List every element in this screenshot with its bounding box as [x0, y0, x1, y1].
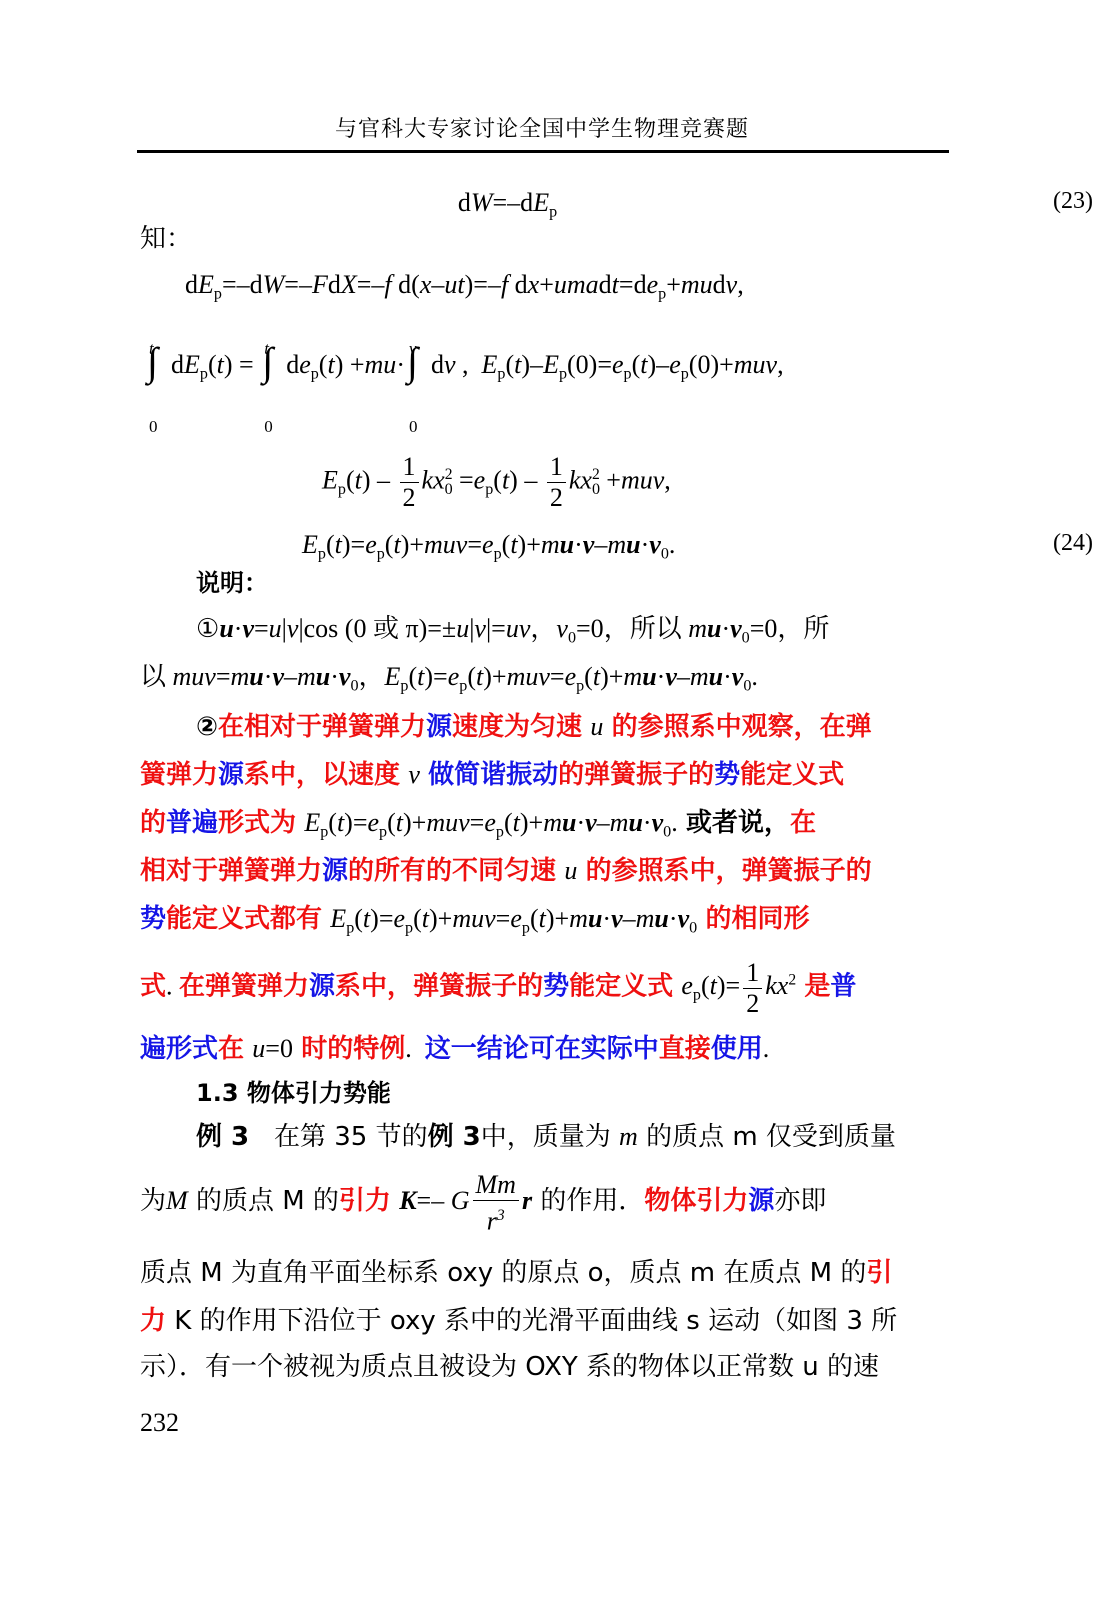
note-2-line-6: 式. 在弹簧弹力源系中，弹簧振子的势能定义式 ep(t)=12kx2 是普	[140, 948, 950, 1018]
equation-half-kx0: Ep(t) – 12kx02 =ep(t) – 12kx02 +muv,	[322, 440, 1103, 510]
note-2-line-3: 的普遍形式为 Ep(t)=ep(t)+muv=ep(t)+mu·v–mu·v0.…	[140, 806, 950, 850]
equation-number-24: (24)	[1053, 530, 1093, 557]
note-2-line-5: 势能定义式都有 Ep(t)=ep(t)+muv=ep(t)+mu·v–mu·v0…	[140, 902, 950, 946]
equation-integral: t∫0dEp(t) = t∫0dep(t) +mu·v∫0dv , Ep(t)–…	[145, 330, 955, 410]
notes-title: 说明：	[196, 566, 1006, 600]
note-2-line-7: 遍形式在 u=0 时的特例. 这一结论可在实际中直接使用.	[140, 1032, 950, 1066]
section-heading: 1.3 物体引力势能	[196, 1076, 1006, 1110]
integral-sign: t∫0	[260, 332, 286, 402]
example-3-line-5: 示）．有一个被视为质点且被设为 OXY 系的物体以正常数 u 的速	[140, 1350, 950, 1384]
note-1-line-1: ①u·v=u|v|cos (0 或 π)=±u|v|=uv，v0=0，所以 mu…	[196, 612, 1006, 656]
page-number: 232	[140, 1408, 179, 1438]
header-rule	[137, 150, 949, 153]
example-3-line-2: 为M 的质点 M 的引力 K=– GMmr3r 的作用．物体引力源亦即	[140, 1168, 950, 1248]
running-header: 与官科大专家讨论全国中学生物理竞赛题	[137, 112, 947, 143]
equation-number-23: (23)	[1053, 188, 1093, 215]
note-1-line-2: 以 muv=mu·v–mu·v0，Ep(t)=ep(t)+muv=ep(t)+m…	[140, 660, 950, 704]
note-2-line-2: 簧弹力源系中，以速度 v 做简谐振动的弹簧振子的势能定义式	[140, 758, 950, 792]
example-3-line-1: 例 3 在第 35 节的例 3中，质量为 m 的质点 m 仅受到质量	[196, 1120, 1006, 1154]
integral-sign: v∫0	[405, 332, 431, 402]
example-3-line-3: 质点 M 为直角平面坐标系 oxy 的原点 o，质点 m 在质点 M 的引	[140, 1256, 950, 1290]
equation-de-p: dEp=–dW=–FdX=–f d(x–ut)=–f dx+umadt=dep+…	[185, 268, 995, 312]
note-2-line-1: ②在相对于弹簧弹力源速度为匀速 u 的参照系中观察，在弹	[196, 710, 1006, 744]
example-3-line-4: 力 K 的作用下沿位于 oxy 系中的光滑平面曲线 s 运动（如图 3 所	[140, 1304, 950, 1338]
zhi-label: 知：	[140, 222, 950, 256]
note-2-line-4: 相对于弹簧弹力源的所有的不同匀速 u 的参照系中，弹簧振子的	[140, 854, 950, 888]
integral-sign: t∫0	[145, 332, 171, 402]
